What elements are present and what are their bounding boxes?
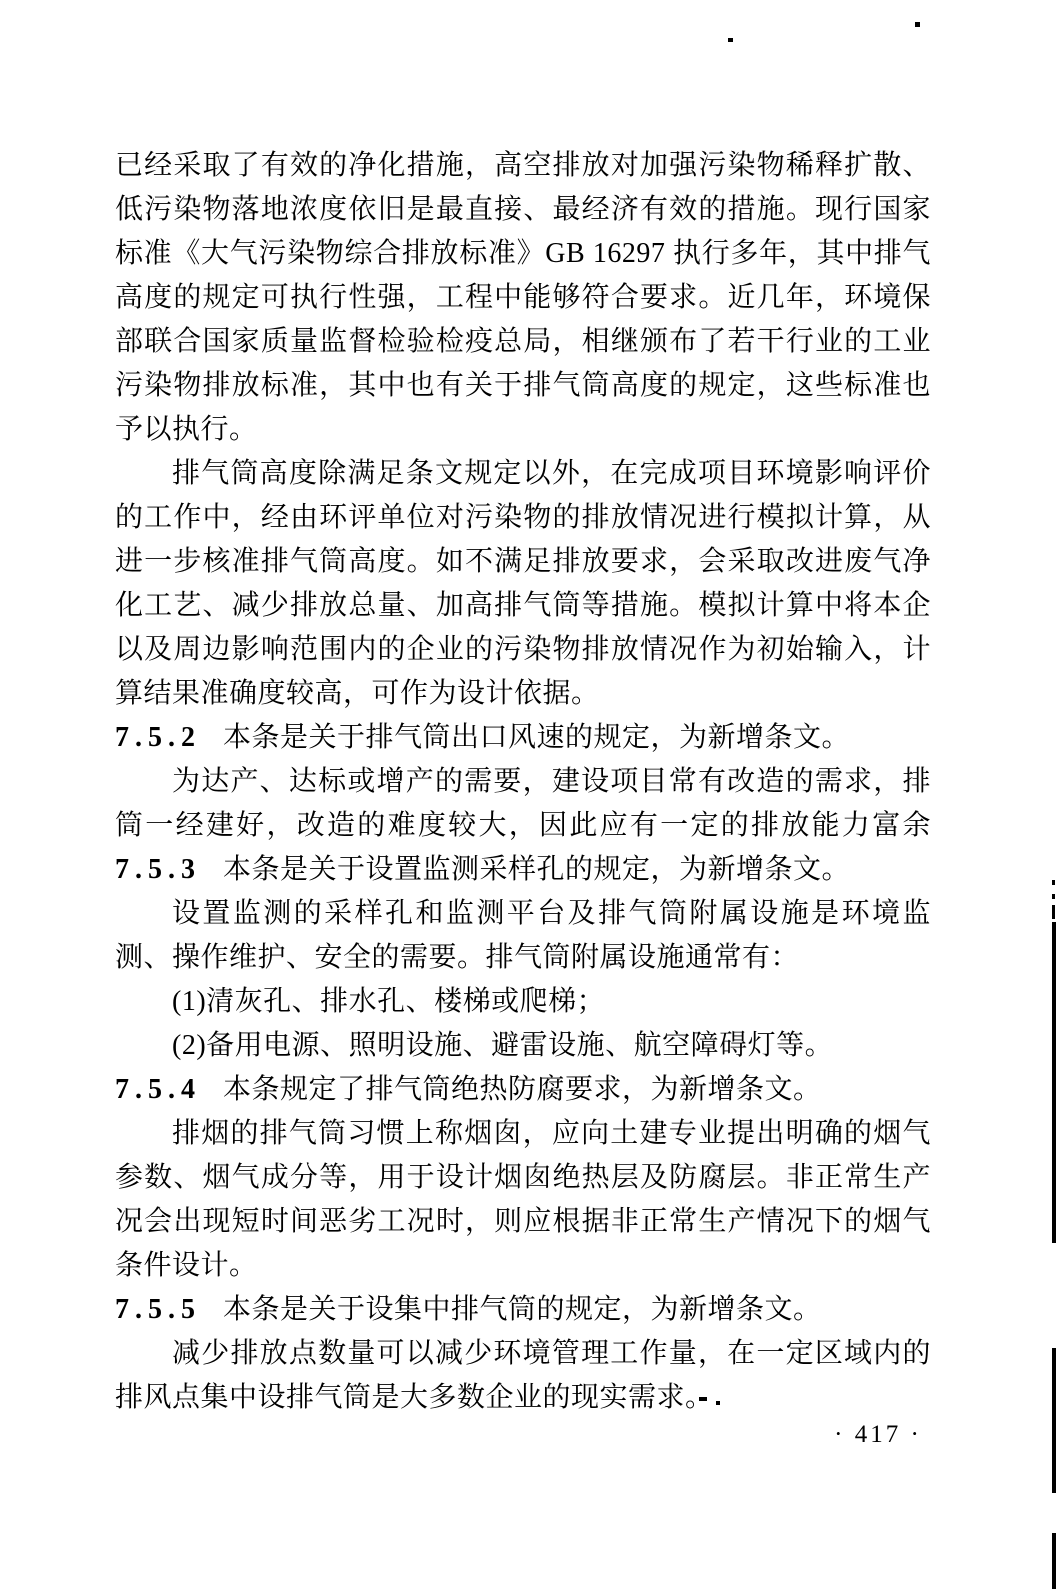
text-line: 高度的规定可执行性强，工程中能够符合要求。近几年，环境保护 xyxy=(115,276,931,320)
text-line: 污染物排放标准，其中也有关于排气筒高度的规定，这些标准也应 xyxy=(115,364,931,408)
text-line: 测、操作维护、安全的需要。排气筒附属设施通常有： xyxy=(115,936,931,980)
text-line: 进一步核准排气筒高度。如不满足排放要求，会采取改进废气净 xyxy=(115,540,931,584)
scan-edge-line xyxy=(1052,1533,1056,1589)
text-line: 参数、烟气成分等，用于设计烟囱绝热层及防腐层。非正常生产状 xyxy=(115,1156,931,1200)
scan-edge-line xyxy=(1052,922,1056,1243)
text-block: 已经采取了有效的净化措施，高空排放对加强污染物稀释扩散、降低污染物落地浓度依旧是… xyxy=(115,144,931,1420)
text-line: 标准《大气污染物综合排放标准》GB 16297 执行多年，其中排气筒 xyxy=(115,232,931,276)
text-line: 设置监测的采样孔和监测平台及排气筒附属设施是环境监 xyxy=(115,892,931,936)
section-number: 7.5.4 xyxy=(115,1074,201,1105)
text-line: 以及周边影响范围内的企业的污染物排放情况作为初始输入，计 xyxy=(115,628,931,672)
line-text: 污染物排放标准，其中也有关于排气筒高度的规定，这些标准也应 xyxy=(115,370,931,408)
line-text: 本条是关于排气筒出口风速的规定，为新增条文。 xyxy=(223,722,850,753)
line-text: 的工作中，经由环评单位对污染物的排放情况进行模拟计算，从而 xyxy=(115,502,931,540)
text-line: 算结果准确度较高，可作为设计依据。 xyxy=(115,672,931,716)
line-text: 参数、烟气成分等，用于设计烟囱绝热层及防腐层。非正常生产状 xyxy=(115,1162,931,1200)
text-line: 排风点集中设排气筒是大多数企业的现实需求。 xyxy=(115,1376,931,1420)
text-line: 减少排放点数量可以减少环境管理工作量，在一定区域内的 xyxy=(115,1332,931,1376)
line-text: 测、操作维护、安全的需要。排气筒附属设施通常有： xyxy=(115,942,799,973)
text-line: 低污染物落地浓度依旧是最直接、最经济有效的措施。现行国家 xyxy=(115,188,931,232)
scan-edge-line xyxy=(1052,1348,1056,1493)
text-line: 已经采取了有效的净化措施，高空排放对加强污染物稀释扩散、降 xyxy=(115,144,931,188)
section-heading-line: 7.5.3本条是关于设置监测采样孔的规定，为新增条文。 xyxy=(115,848,931,892)
scan-edge-line xyxy=(1052,894,1055,899)
line-text: 排烟的排气筒习惯上称烟囱，应向土建专业提出明确的烟气 xyxy=(172,1118,931,1149)
text-line: 为达产、达标或增产的需要，建设项目常有改造的需求，排气 xyxy=(115,760,931,804)
section-number: 7.5.2 xyxy=(115,722,201,753)
line-text: 条件设计。 xyxy=(115,1250,258,1281)
text-line: 排气筒高度除满足条文规定以外，在完成项目环境影响评价 xyxy=(115,452,931,496)
text-line: 化工艺、减少排放总量、加高排气筒等措施。模拟计算中将本企业 xyxy=(115,584,931,628)
scan-speck xyxy=(915,22,920,27)
line-text: 况会出现短时间恶劣工况时，则应根据非正常生产情况下的烟气 xyxy=(115,1206,931,1237)
line-text: 高度的规定可执行性强，工程中能够符合要求。近几年，环境保护 xyxy=(115,282,931,320)
line-text: 减少排放点数量可以减少环境管理工作量，在一定区域内的 xyxy=(172,1338,931,1369)
text-line: 况会出现短时间恶劣工况时，则应根据非正常生产情况下的烟气 xyxy=(115,1200,931,1244)
page-number: · 417 · xyxy=(778,1420,978,1450)
line-text: 低污染物落地浓度依旧是最直接、最经济有效的措施。现行国家 xyxy=(115,194,931,225)
scan-speck xyxy=(728,38,733,42)
line-text: 已经采取了有效的净化措施，高空排放对加强污染物稀释扩散、降 xyxy=(115,150,931,188)
line-text: 标准《大气污染物综合排放标准》GB 16297 执行多年，其中排气筒 xyxy=(115,238,931,276)
line-text: 设置监测的采样孔和监测平台及排气筒附属设施是环境监 xyxy=(172,898,931,929)
text-line: (2)备用电源、照明设施、避雷设施、航空障碍灯等。 xyxy=(115,1024,931,1068)
line-text: 筒一经建好，改造的难度较大，因此应有一定的排放能力富余量。 xyxy=(115,810,931,848)
line-text: (2)备用电源、照明设施、避雷设施、航空障碍灯等。 xyxy=(172,1030,833,1061)
document-page: 已经采取了有效的净化措施，高空排放对加强污染物稀释扩散、降低污染物落地浓度依旧是… xyxy=(0,0,1056,1589)
line-text: 算结果准确度较高，可作为设计依据。 xyxy=(115,678,600,709)
line-text: 进一步核准排气筒高度。如不满足排放要求，会采取改进废气净 xyxy=(115,546,931,577)
section-heading-line: 7.5.2本条是关于排气筒出口风速的规定，为新增条文。 xyxy=(115,716,931,760)
section-number: 7.5.3 xyxy=(115,854,201,885)
line-text: 本条是关于设集中排气筒的规定，为新增条文。 xyxy=(223,1294,822,1325)
scan-edge-line xyxy=(1052,905,1055,919)
scan-edge-line xyxy=(1052,880,1055,885)
line-text: 部联合国家质量监督检验检疫总局，相继颁布了若干行业的工业 xyxy=(115,326,931,357)
line-text: 予以执行。 xyxy=(115,414,258,445)
text-line: 筒一经建好，改造的难度较大，因此应有一定的排放能力富余量。 xyxy=(115,804,931,848)
section-heading-line: 7.5.5本条是关于设集中排气筒的规定，为新增条文。 xyxy=(115,1288,931,1332)
line-text: 化工艺、减少排放总量、加高排气筒等措施。模拟计算中将本企业 xyxy=(115,590,931,628)
text-line: 条件设计。 xyxy=(115,1244,931,1288)
line-text: (1)清灰孔、排水孔、楼梯或爬梯； xyxy=(172,986,605,1017)
text-line: (1)清灰孔、排水孔、楼梯或爬梯； xyxy=(115,980,931,1024)
line-text: 以及周边影响范围内的企业的污染物排放情况作为初始输入，计 xyxy=(115,634,931,665)
line-text: 本条是关于设置监测采样孔的规定，为新增条文。 xyxy=(223,854,850,885)
text-line: 排烟的排气筒习惯上称烟囱，应向土建专业提出明确的烟气 xyxy=(115,1112,931,1156)
line-text: 排气筒高度除满足条文规定以外，在完成项目环境影响评价 xyxy=(172,458,931,489)
text-line: 部联合国家质量监督检验检疫总局，相继颁布了若干行业的工业 xyxy=(115,320,931,364)
section-number: 7.5.5 xyxy=(115,1294,201,1325)
text-line: 予以执行。 xyxy=(115,408,931,452)
section-heading-line: 7.5.4本条规定了排气筒绝热防腐要求，为新增条文。 xyxy=(115,1068,931,1112)
text-line: 的工作中，经由环评单位对污染物的排放情况进行模拟计算，从而 xyxy=(115,496,931,540)
line-text: 本条规定了排气筒绝热防腐要求，为新增条文。 xyxy=(223,1074,822,1105)
line-text: 为达产、达标或增产的需要，建设项目常有改造的需求，排气 xyxy=(115,766,931,804)
line-text: 排风点集中设排气筒是大多数企业的现实需求。 xyxy=(115,1382,714,1413)
